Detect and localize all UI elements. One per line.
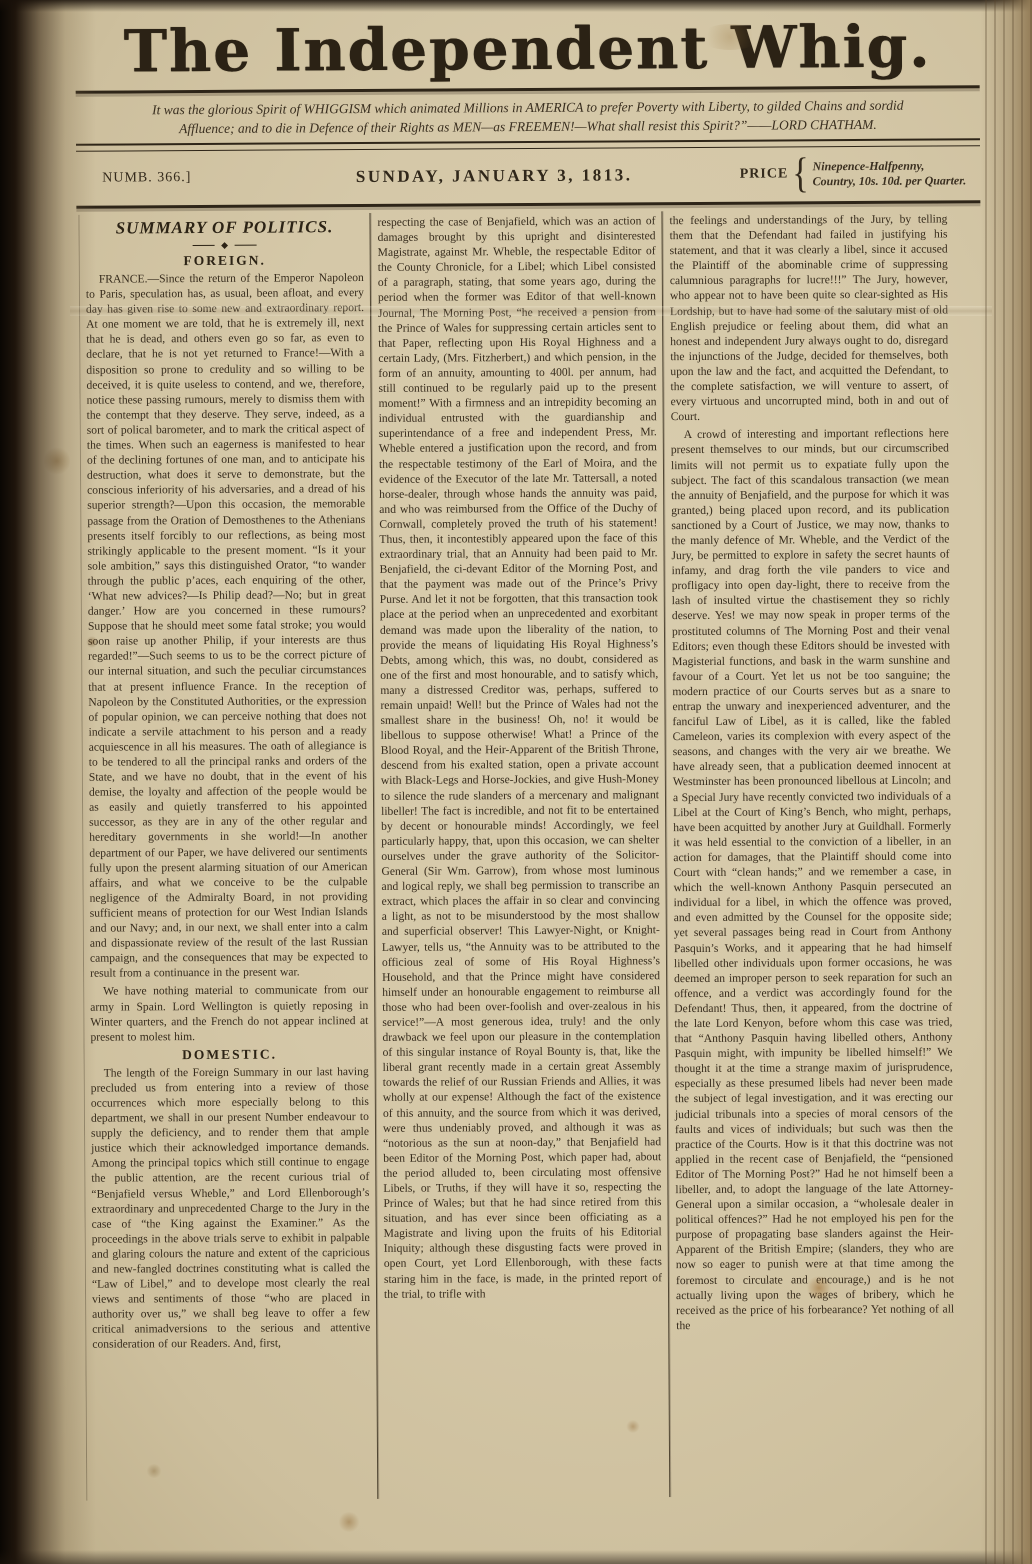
article-paragraph-reflections: A crowd of interesting and important ref… <box>671 426 955 1333</box>
article-columns: SUMMARY OF POLITICS. ◆ FOREIGN. FRANCE.—… <box>78 209 986 1500</box>
article-paragraph-benjafield-trial: respecting the case of Benjafield, which… <box>377 213 662 1301</box>
column-3: the feelings and understandings of the J… <box>662 209 961 1497</box>
motto-line-2: Affluence; and to die in Defence of thei… <box>179 117 877 136</box>
price-lines: Ninepence-Halfpenny, Country, 10s. 10d. … <box>813 158 967 189</box>
article-paragraph-spain: We have nothing material to communicate … <box>90 982 368 1044</box>
price-block: PRICE { Ninepence-Halfpenny, Country, 10… <box>666 158 972 190</box>
newspaper-scan: The Independent Whig. It was the gloriou… <box>0 0 1032 1564</box>
article-paragraph-foreign: FRANCE.—Since the return of the Emperor … <box>86 270 368 981</box>
dateline: NUMB. 366.] SUNDAY, JANUARY 3, 1813. PRI… <box>84 152 972 199</box>
motto-line-1: It was the glorious Spirit of WHIGGISM w… <box>152 98 904 118</box>
masthead-title: The Independent Whig. <box>75 13 979 85</box>
issue-date: SUNDAY, JANUARY 3, 1813. <box>322 165 666 187</box>
masthead-rule <box>76 85 980 94</box>
subheading-foreign: FOREIGN. <box>86 252 364 270</box>
column-2: respecting the case of Benjafield, which… <box>370 211 669 1499</box>
motto: It was the glorious Spirit of WHIGGISM w… <box>106 95 950 138</box>
dateline-rule <box>76 200 980 209</box>
price-line-1: Ninepence-Halfpenny, <box>813 159 925 174</box>
motto-rule <box>76 138 980 152</box>
issue-number: NUMB. 366.] <box>84 169 322 186</box>
column-1: SUMMARY OF POLITICS. ◆ FOREIGN. FRANCE.—… <box>78 213 377 1501</box>
price-line-2: Country, 10s. 10d. per Quarter. <box>813 173 967 188</box>
subheading-domestic: DOMESTIC. <box>91 1046 369 1064</box>
price-brace: { <box>792 156 809 194</box>
diamond-ornament: ◆ <box>86 238 364 252</box>
paper-stain <box>44 446 70 476</box>
article-paragraph-domestic: The length of the Foreign Summary in our… <box>91 1064 371 1352</box>
section-title: SUMMARY OF POLITICS. <box>85 217 363 239</box>
newspaper-sheet: The Independent Whig. It was the gloriou… <box>75 3 988 1560</box>
article-paragraph-jury-verdict: the feelings and understandings of the J… <box>669 211 948 424</box>
price-label: PRICE <box>740 166 789 182</box>
